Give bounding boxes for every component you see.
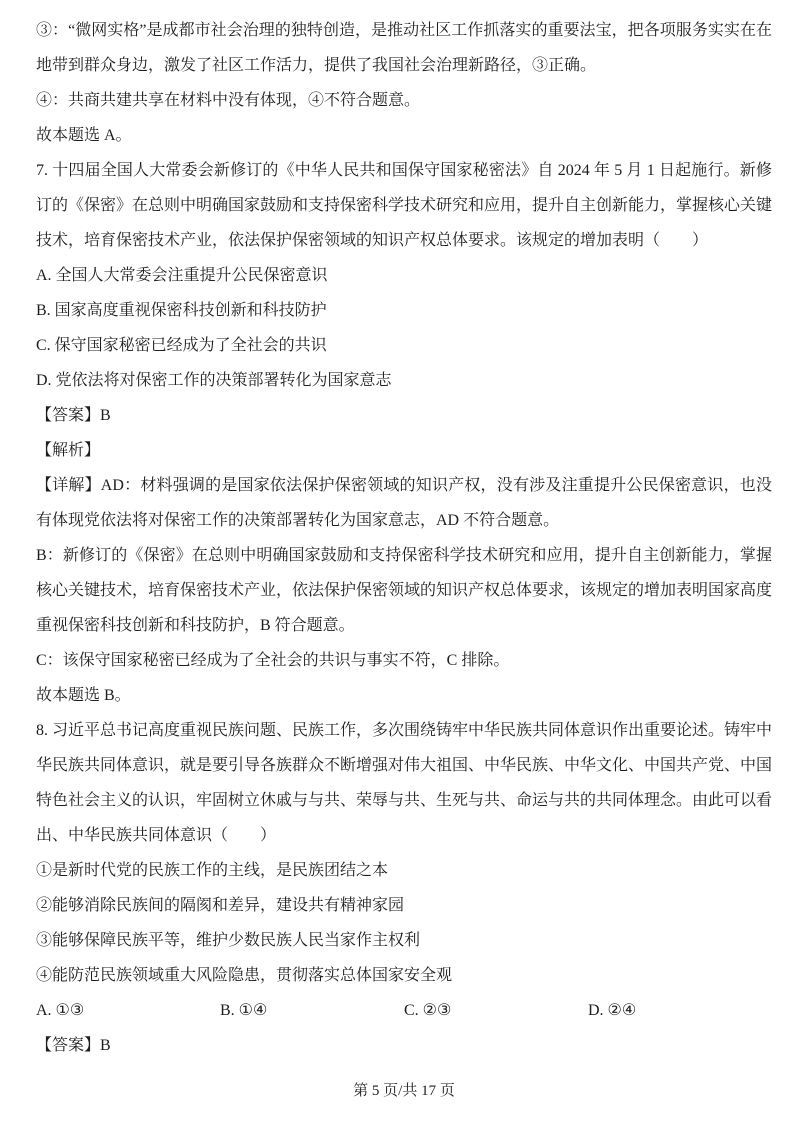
q7-option-a: A. 全国人大常委会注重提升公民保密意识 <box>36 258 772 293</box>
q8-answer: 【答案】B <box>36 1028 772 1063</box>
q8-statement-4: ④能防范民族领域重大风险隐患，贯彻落实总体国家安全观 <box>36 958 772 993</box>
q8-choice-a: A. ①③ <box>36 993 220 1028</box>
q7-option-b: B. 国家高度重视保密科技创新和科技防护 <box>36 293 772 328</box>
q7-answer: 【答案】B <box>36 398 772 433</box>
q6-analysis-point3: ③：“微网实格”是成都市社会治理的独特创造，是推动社区工作抓落实的重要法宝，把各… <box>36 13 772 83</box>
q6-conclusion: 故本题选 A。 <box>36 118 772 153</box>
q7-option-c: C. 保守国家秘密已经成为了全社会的共识 <box>36 328 772 363</box>
q8-statement-2: ②能够消除民族间的隔阂和差异，建设共有精神家园 <box>36 888 772 923</box>
q8-stem: 8. 习近平总书记高度重视民族问题、民族工作，多次围绕铸牢中华民族共同体意识作出… <box>36 713 772 853</box>
q8-choice-b: B. ①④ <box>220 993 404 1028</box>
page-footer: 第 5 页/共 17 页 <box>36 1074 772 1109</box>
q7-analysis-label: 【解析】 <box>36 433 772 468</box>
q6-analysis-point4: ④：共商共建共享在材料中没有体现，④不符合题意。 <box>36 83 772 118</box>
exam-answer-page: ③：“微网实格”是成都市社会治理的独特创造，是推动社区工作抓落实的重要法宝，把各… <box>0 0 800 1140</box>
page-indicator: 第 5 页/共 17 页 <box>353 1083 455 1099</box>
q8-choices-row: A. ①③ B. ①④ C. ②③ D. ②④ <box>36 993 772 1028</box>
q8-choice-d: D. ②④ <box>588 993 772 1028</box>
q7-stem: 7. 十四届全国人大常委会新修订的《中华人民共和国保守国家秘密法》自 2024 … <box>36 153 772 258</box>
q7-detail-ad: 【详解】AD：材料强调的是国家依法保护保密领域的知识产权，没有涉及注重提升公民保… <box>36 468 772 538</box>
q7-conclusion: 故本题选 B。 <box>36 678 772 713</box>
q8-statement-1: ①是新时代党的民族工作的主线，是民族团结之本 <box>36 853 772 888</box>
q8-choice-c: C. ②③ <box>404 993 588 1028</box>
q7-option-d: D. 党依法将对保密工作的决策部署转化为国家意志 <box>36 363 772 398</box>
q7-detail-b: B：新修订的《保密》在总则中明确国家鼓励和支持保密科学技术研究和应用，提升自主创… <box>36 538 772 643</box>
q7-detail-c: C：该保守国家秘密已经成为了全社会的共识与事实不符，C 排除。 <box>36 643 772 678</box>
q8-statement-3: ③能够保障民族平等，维护少数民族人民当家作主权利 <box>36 923 772 958</box>
